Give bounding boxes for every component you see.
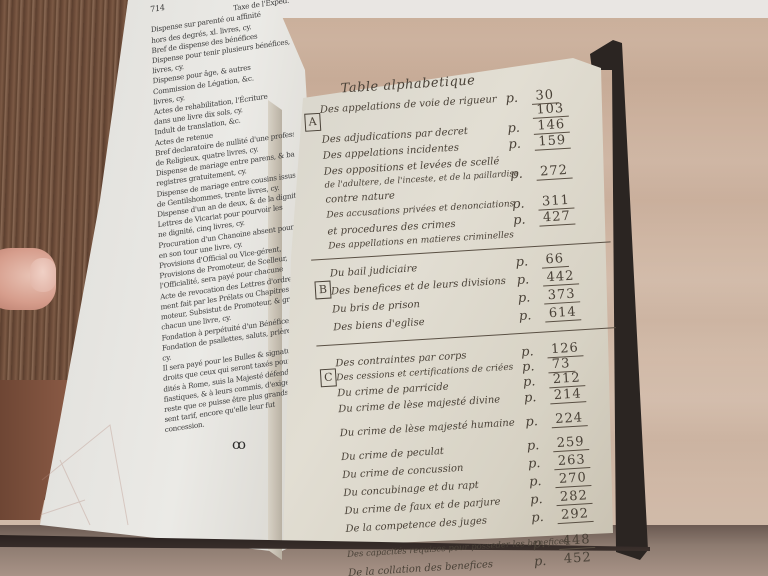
handwritten-index: Table alphabetique A Des appelations de … <box>300 60 629 557</box>
index-section-b: B Du bail judiciaire p. 66 Des benefices… <box>312 251 611 269</box>
section-letter: C <box>320 368 337 387</box>
section-letter: A <box>304 113 321 132</box>
printed-text-block: 714 Taxe de l'Expéd. Dispense sur parent… <box>150 0 304 437</box>
index-section-c: C Des contraintes par corps p. 126 Des c… <box>317 341 616 359</box>
background-wall <box>230 0 768 18</box>
section-letter: B <box>314 281 331 300</box>
index-title: Table alphabetique <box>340 73 476 96</box>
page-fold-creases <box>40 420 130 530</box>
ornament-icon: ꝏ <box>232 437 246 453</box>
thumbnail <box>30 258 56 292</box>
